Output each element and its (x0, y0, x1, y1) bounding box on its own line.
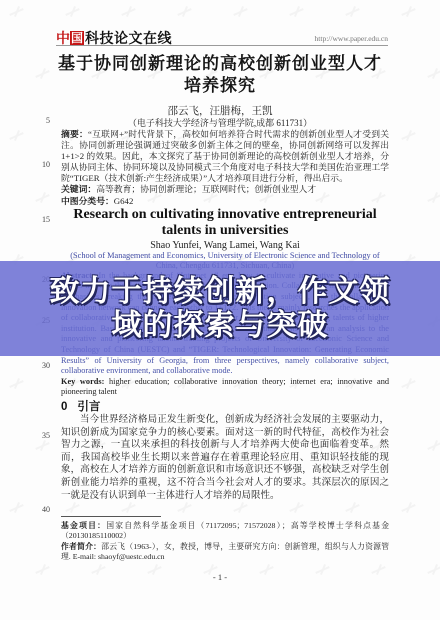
fund-project-line: 基金项目：国家自然科学基金项目（71172095；71572028）；高等学校博… (61, 521, 389, 542)
logo-text: 科技论文在线 (85, 31, 172, 45)
fund-project-label: 基金项目： (61, 521, 106, 530)
keywords-en-text: higher education; collaborative innovati… (61, 377, 389, 397)
page-number: - 1 - (0, 572, 440, 582)
logo-char-zhong: 中 (56, 31, 70, 45)
paper-title-en: Research on cultivating innovative entre… (61, 207, 389, 240)
clc-label: 中图分类号： (61, 196, 114, 206)
site-url-link[interactable]: http://www.paper.edu.cn (315, 34, 388, 45)
section-title: 引言 (77, 401, 100, 413)
keywords-zh: 关键词：高等教育；协同创新理论；互联网时代；创新创业型人才 (61, 184, 389, 195)
paper-title-zh: 基于协同创新理论的高校创新创业型人才 培养探究 (40, 53, 400, 97)
paper-title-zh-line2: 培养探究 (40, 75, 400, 97)
affiliation-zh: （电子科技大学经济与管理学院,成都 611731） (40, 116, 400, 129)
abstract-zh-label: 摘要： (61, 129, 88, 139)
author-bio-label: 作者简介： (61, 542, 101, 551)
margin-line-number: 10 (32, 160, 50, 169)
footnote-block: 基金项目：国家自然科学基金项目（71172095；71572028）；高等学校博… (61, 516, 389, 563)
author-bio-line: 作者简介：邵云飞（1963-），女，教授，博导，主要研究方向：创新管理，组织与人… (61, 542, 389, 563)
promo-banner-text-line1: 致力于持续创新，作文领 (50, 275, 391, 309)
site-header: 中 国 科技论文在线 http://www.paper.edu.cn (56, 26, 388, 46)
intro-paragraph: 当今世界经济格局正发生新变化，创新成为经济社会发展的主要驱动力，知识创新成为国家… (61, 414, 389, 502)
keywords-zh-text: 高等教育；协同创新理论；互联网时代；创新创业型人才 (96, 184, 316, 194)
paper-title-zh-line1: 基于协同创新理论的高校创新创业型人才 (40, 53, 400, 75)
authors-en: Shao Yunfei, Wang Lamei, Wang Kai (61, 240, 389, 251)
keywords-zh-label: 关键词： (61, 184, 96, 194)
abstract-zh: 摘要：“互联网+”时代背景下，高校如何培养符合时代需求的创新创业型人才受到关注。… (61, 129, 389, 184)
fund-project-text: 国家自然科学基金项目（71172095；71572028）；高等学校博士学科点基… (61, 521, 389, 540)
promo-watermark-banner: 致力于持续创新，作文领 域的探索与突破 (0, 261, 440, 356)
section-number: 0 (61, 401, 67, 413)
promo-banner-text-line2: 域的探索与突破 (112, 309, 329, 343)
keywords-en: Key words: higher education; collaborati… (61, 377, 389, 398)
author-bio-text: 邵云飞（1963-），女，教授，博导，主要研究方向：创新管理，组织与人力资源管理… (61, 542, 389, 561)
paper-edu-logo: 中 国 科技论文在线 (56, 31, 172, 45)
margin-line-number: 30 (32, 361, 50, 370)
footnote-divider (61, 516, 161, 517)
abstract-zh-text: “互联网+”时代背景下，高校如何培养符合时代需求的创新创业型人才受到关注。协同创… (61, 129, 389, 183)
margin-line-number: 15 (32, 215, 50, 224)
margin-line-number: 35 (32, 431, 50, 440)
margin-line-number: 40 (32, 505, 50, 514)
clc-number: 中图分类号：G642 (61, 196, 389, 207)
clc-value: G642 (114, 196, 134, 206)
logo-char-guo: 国 (70, 31, 84, 45)
paper-page: 中 国 科技论文在线 http://www.paper.edu.cn 5 10 … (0, 0, 440, 620)
keywords-en-label: Key words: (61, 377, 104, 386)
section-heading-intro: 0引言 (61, 398, 389, 414)
